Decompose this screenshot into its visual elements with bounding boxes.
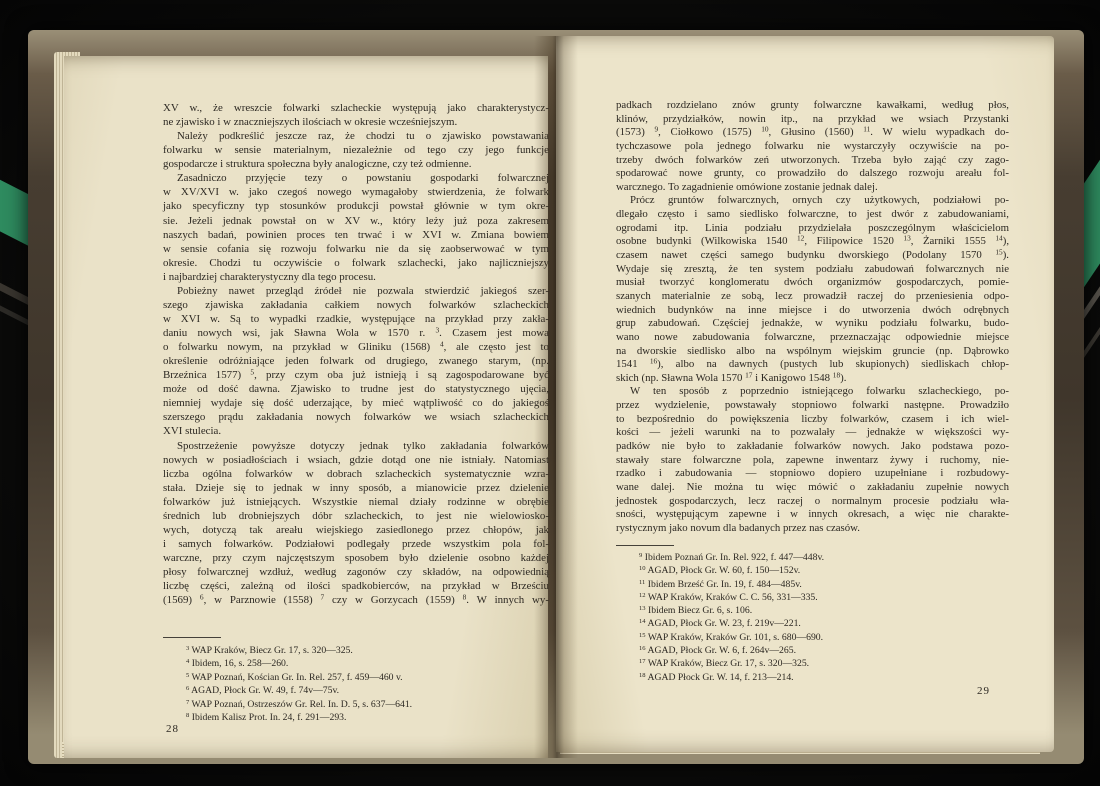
- footnote-line: 5 WAP Poznań, Kościan Gr. In. Rel. 257, …: [170, 671, 550, 684]
- text-line: szerszego prądu zakładania nowych folwar…: [163, 410, 549, 424]
- text-line: naszych badań, powinien proces ten trwać…: [163, 228, 549, 242]
- text-line: rzadko i zabudowania — stopniowo dopiero…: [616, 467, 1009, 481]
- text-line: warcznego. To zagadnienie omówione zosta…: [616, 181, 1009, 195]
- footnote-ref: 4: [440, 340, 444, 349]
- text-line: spodarować nowe grunty, co prowadziło do…: [616, 167, 1009, 181]
- text-line: Brzeźnica 1577) 5, przy czym oba już ist…: [163, 368, 549, 382]
- footnote-number: 17: [639, 658, 646, 665]
- text-line: daniu nowych wsi, jak Sławna Wola w 1570…: [163, 326, 549, 340]
- footnote-number: 4: [186, 658, 189, 665]
- text-line: w XVI w. Są to wypadki rzadkie, występuj…: [163, 312, 549, 326]
- footnote-ref: 8: [463, 593, 467, 602]
- footnote-line: 14 AGAD, Płock Gr. W. 23, f. 219v—221.: [623, 617, 1013, 630]
- text-line: osobne budynki (Wilkowiska 1540 12, Fili…: [616, 235, 1009, 249]
- text-line: Zasadniczo przyjęcie tezy o powstaniu go…: [163, 171, 549, 185]
- text-line: gospodarcze i struktura społeczna były a…: [163, 157, 549, 171]
- footnote-ref: 13: [903, 234, 910, 243]
- text-line: i samych folwarków. Podziałowi podlegały…: [163, 537, 549, 551]
- footnote-ref: 16: [650, 357, 657, 366]
- text-line: okresie. Chodzi tu oczywiście o folwark …: [163, 256, 549, 270]
- text-line: dlegało często i samo siedlisko folwarcz…: [616, 208, 1009, 222]
- page-number-left: 28: [166, 723, 179, 735]
- text-line: tychczasowe pola jednego folwarku nie wy…: [616, 140, 1009, 154]
- text-line: (1573) 9, Ciołkowo (1575) 10, Głusino (1…: [616, 126, 1009, 140]
- footnote-ref: 11: [863, 125, 870, 134]
- text-line: w sensie cofania się rozwoju folwarku ni…: [163, 242, 549, 256]
- page-number-right: 29: [977, 685, 990, 697]
- footnote-number: 10: [639, 565, 646, 572]
- text-line: w XV/XVI w. jako czegoś nowego wymagałob…: [163, 185, 549, 199]
- footnote-ref: 9: [654, 125, 658, 134]
- text-line: XVI stulecia.: [163, 424, 549, 438]
- footnote-line: 16 AGAD, Płock Gr. W. 6, f. 264v—265.: [623, 644, 1013, 657]
- text-line: sności, występującym zapewne i w innych …: [616, 508, 1009, 522]
- text-line: Należy podkreślić jeszcze raz, że chodzi…: [163, 129, 549, 143]
- footnote-line: 11 Ibidem Brześć Gr. In. 19, f. 484—485v…: [623, 578, 1013, 591]
- footnote-ref: 3: [435, 326, 439, 335]
- footnote-line: 18 AGAD Płock Gr. W. 14, f. 213—214.: [623, 671, 1013, 684]
- footnote-line: 17 WAP Kraków, Biecz Gr. 17, s. 320—325.: [623, 657, 1013, 670]
- text-line: klinów, przydziałków, nowin itp., na prz…: [616, 113, 1009, 127]
- footnote-number: 13: [639, 605, 646, 612]
- text-line: rystycznym jako novum dla badanych przez…: [616, 522, 1009, 536]
- footnote-number: 7: [186, 699, 189, 706]
- text-line: stawały stare folwarczne pola, zapewne i…: [616, 454, 1009, 468]
- text-line: kości — jeżeli warunki na to pozwalały —…: [616, 426, 1009, 440]
- text-line: szanych materialnie ze sobą, lecz prowad…: [616, 290, 1009, 304]
- text-line: Prócz gruntów folwarcznych, ornych czy u…: [616, 194, 1009, 208]
- text-line: XV w., że wreszcie folwarki szlacheckie …: [163, 101, 549, 115]
- text-line: Wydaje się zresztą, że ten system podzia…: [616, 263, 1009, 277]
- text-line: padków nie było to zakładanie folwarków …: [616, 440, 1009, 454]
- text-line: skich (np. Sławna Wola 1570 17 i Kanigow…: [616, 372, 1009, 386]
- text-line: padkach rozdzielano znów grunty folwarcz…: [616, 99, 1009, 113]
- text-line: płosy folwarcznej wzdłuż, według zagonów…: [163, 565, 549, 579]
- right-page-body-text: padkach rozdzielano znów grunty folwarcz…: [616, 99, 1009, 536]
- text-line: ogrodami itp. Linia podziału przydzielał…: [616, 222, 1009, 236]
- text-line: jednostek gospodarczych, lecz raczej o n…: [616, 495, 1009, 509]
- footnote-number: 18: [639, 672, 646, 679]
- text-line: ne zjawisko i w znaczniejszych ilościach…: [163, 115, 549, 129]
- text-line: trzeby dwóch folwarków zeń utworzonych. …: [616, 154, 1009, 168]
- footnote-line: 6 AGAD, Płock Gr. W. 49, f. 74v—75v.: [170, 684, 550, 697]
- text-line: na dworskie siedlisko albo na wspólnym w…: [616, 345, 1009, 359]
- footnote-line: 3 WAP Kraków, Biecz Gr. 17, s. 320—325.: [170, 644, 550, 657]
- text-line: i najbardziej charakterystyczny dla tego…: [163, 270, 549, 284]
- text-line: folwarków już istniejących. Wszystkie ni…: [163, 495, 549, 509]
- footnote-number: 14: [639, 619, 646, 626]
- text-line: wane dalej. Nie można tu więc mówić o za…: [616, 481, 1009, 495]
- footnote-line: 12 WAP Kraków, Kraków C. C. 56, 331—335.: [623, 591, 1013, 604]
- text-line: określenie odróżniające jeden folwark od…: [163, 354, 549, 368]
- text-line: liczbę części, zależną od ilości spadkob…: [163, 579, 549, 593]
- footnote-number: 8: [186, 712, 189, 719]
- text-line: niemniej wydaje się dość uderzające, by …: [163, 396, 549, 410]
- text-line: nowych w posiadłościach i wsiach, gdzie …: [163, 453, 549, 467]
- footnote-ref: 18: [833, 371, 840, 380]
- footnote-number: 6: [186, 685, 189, 692]
- footnote-number: 5: [186, 672, 189, 679]
- footnote-ref: 17: [745, 371, 752, 380]
- text-line: warczne, przy czym najczęstszym sposobem…: [163, 551, 549, 565]
- footnote-line: 10 AGAD, Płock Gr. W. 60, f. 150—152v.: [623, 564, 1013, 577]
- text-line: wiednich budynków na inne miejsce i do u…: [616, 304, 1009, 318]
- left-page-footnotes: 3 WAP Kraków, Biecz Gr. 17, s. 320—325.4…: [170, 644, 550, 724]
- footnote-ref: 6: [200, 593, 204, 602]
- footnote-ref: 7: [321, 593, 325, 602]
- footnote-ref: 12: [797, 234, 804, 243]
- text-line: przez wydzielenie, powstawały stopniowo …: [616, 399, 1009, 413]
- text-line: Spostrzeżenie powyższe dotyczy jednak ty…: [163, 439, 549, 453]
- footnote-line: 8 Ibidem Kalisz Prot. In. 24, f. 291—293…: [170, 711, 550, 724]
- footnote-ref: 5: [250, 368, 254, 377]
- text-line: grup zabudowań. Częściej jednakże, w wyn…: [616, 317, 1009, 331]
- text-line: może od dość dawna. Zjawisko to trudne j…: [163, 382, 549, 396]
- text-line: średnich lub drobniejszych dóbr szlachec…: [163, 509, 549, 523]
- footnote-number: 9: [639, 552, 642, 559]
- text-line: wano nowe zabudowania folwarczne, przezn…: [616, 331, 1009, 345]
- book-scan: XV w., że wreszcie folwarki szlacheckie …: [0, 0, 1100, 786]
- footnote-line: 7 WAP Poznań, Ostrzeszów Gr. Rel. In. D.…: [170, 698, 550, 711]
- footnote-line: 4 Ibidem, 16, s. 258—260.: [170, 657, 550, 670]
- text-line: Pobieżny nawet przegląd źródeł nie pozwa…: [163, 284, 549, 298]
- footnote-number: 11: [639, 579, 645, 586]
- footnote-ref: 10: [761, 125, 768, 134]
- footnote-line: 9 Ibidem Poznań Gr. In. Rel. 922, f. 447…: [623, 551, 1013, 564]
- text-line: (1569) 6, w Parznowie (1558) 7 czy w Gor…: [163, 593, 549, 607]
- footnote-number: 16: [639, 645, 646, 652]
- footnote-ref: 14: [995, 234, 1002, 243]
- footnote-line: 13 Ibidem Biecz Gr. 6, s. 106.: [623, 604, 1013, 617]
- footnote-number: 12: [639, 592, 646, 599]
- text-line: jako specyficzny typ stosunków produkcji…: [163, 199, 549, 213]
- footnote-number: 3: [186, 645, 189, 652]
- right-page-footnotes: 9 Ibidem Poznań Gr. In. Rel. 922, f. 447…: [623, 551, 1013, 684]
- footnote-separator-right: [616, 545, 674, 546]
- text-line: sie. Jeżeli jednak powstał on w XV w., k…: [163, 214, 549, 228]
- left-page-body-text: XV w., że wreszcie folwarki szlacheckie …: [163, 101, 549, 607]
- footnote-separator-left: [163, 637, 221, 638]
- text-line: o folwarku nowym, na przykład w Gliniku …: [163, 340, 549, 354]
- text-line: musiał tworzyć konglomeratu dwóch organi…: [616, 276, 1009, 290]
- footnote-ref: 15: [995, 248, 1002, 257]
- text-line: czasem nawet części samego budynku dwors…: [616, 249, 1009, 263]
- footnote-line: 15 WAP Kraków, Kraków Gr. 101, s. 680—69…: [623, 631, 1013, 644]
- text-line: to bezpośrednio do powiększenia liczby f…: [616, 413, 1009, 427]
- text-line: folwarku w sensie materialnym, niezależn…: [163, 143, 549, 157]
- text-line: wych, dotyczą tak areału wiejskiego zasi…: [163, 523, 549, 537]
- text-line: 1541 16), albo na dawnych (pustych lub s…: [616, 358, 1009, 372]
- text-line: liczba ogólna folwarków w dobrach szlach…: [163, 467, 549, 481]
- text-line: W ten sposób z poprzednio istniejącego f…: [616, 385, 1009, 399]
- text-line: szego zjawiska zakładania całkiem nowych…: [163, 298, 549, 312]
- footnote-number: 15: [639, 632, 646, 639]
- text-line: stała. Dzieje się to jednak w inny sposó…: [163, 481, 549, 495]
